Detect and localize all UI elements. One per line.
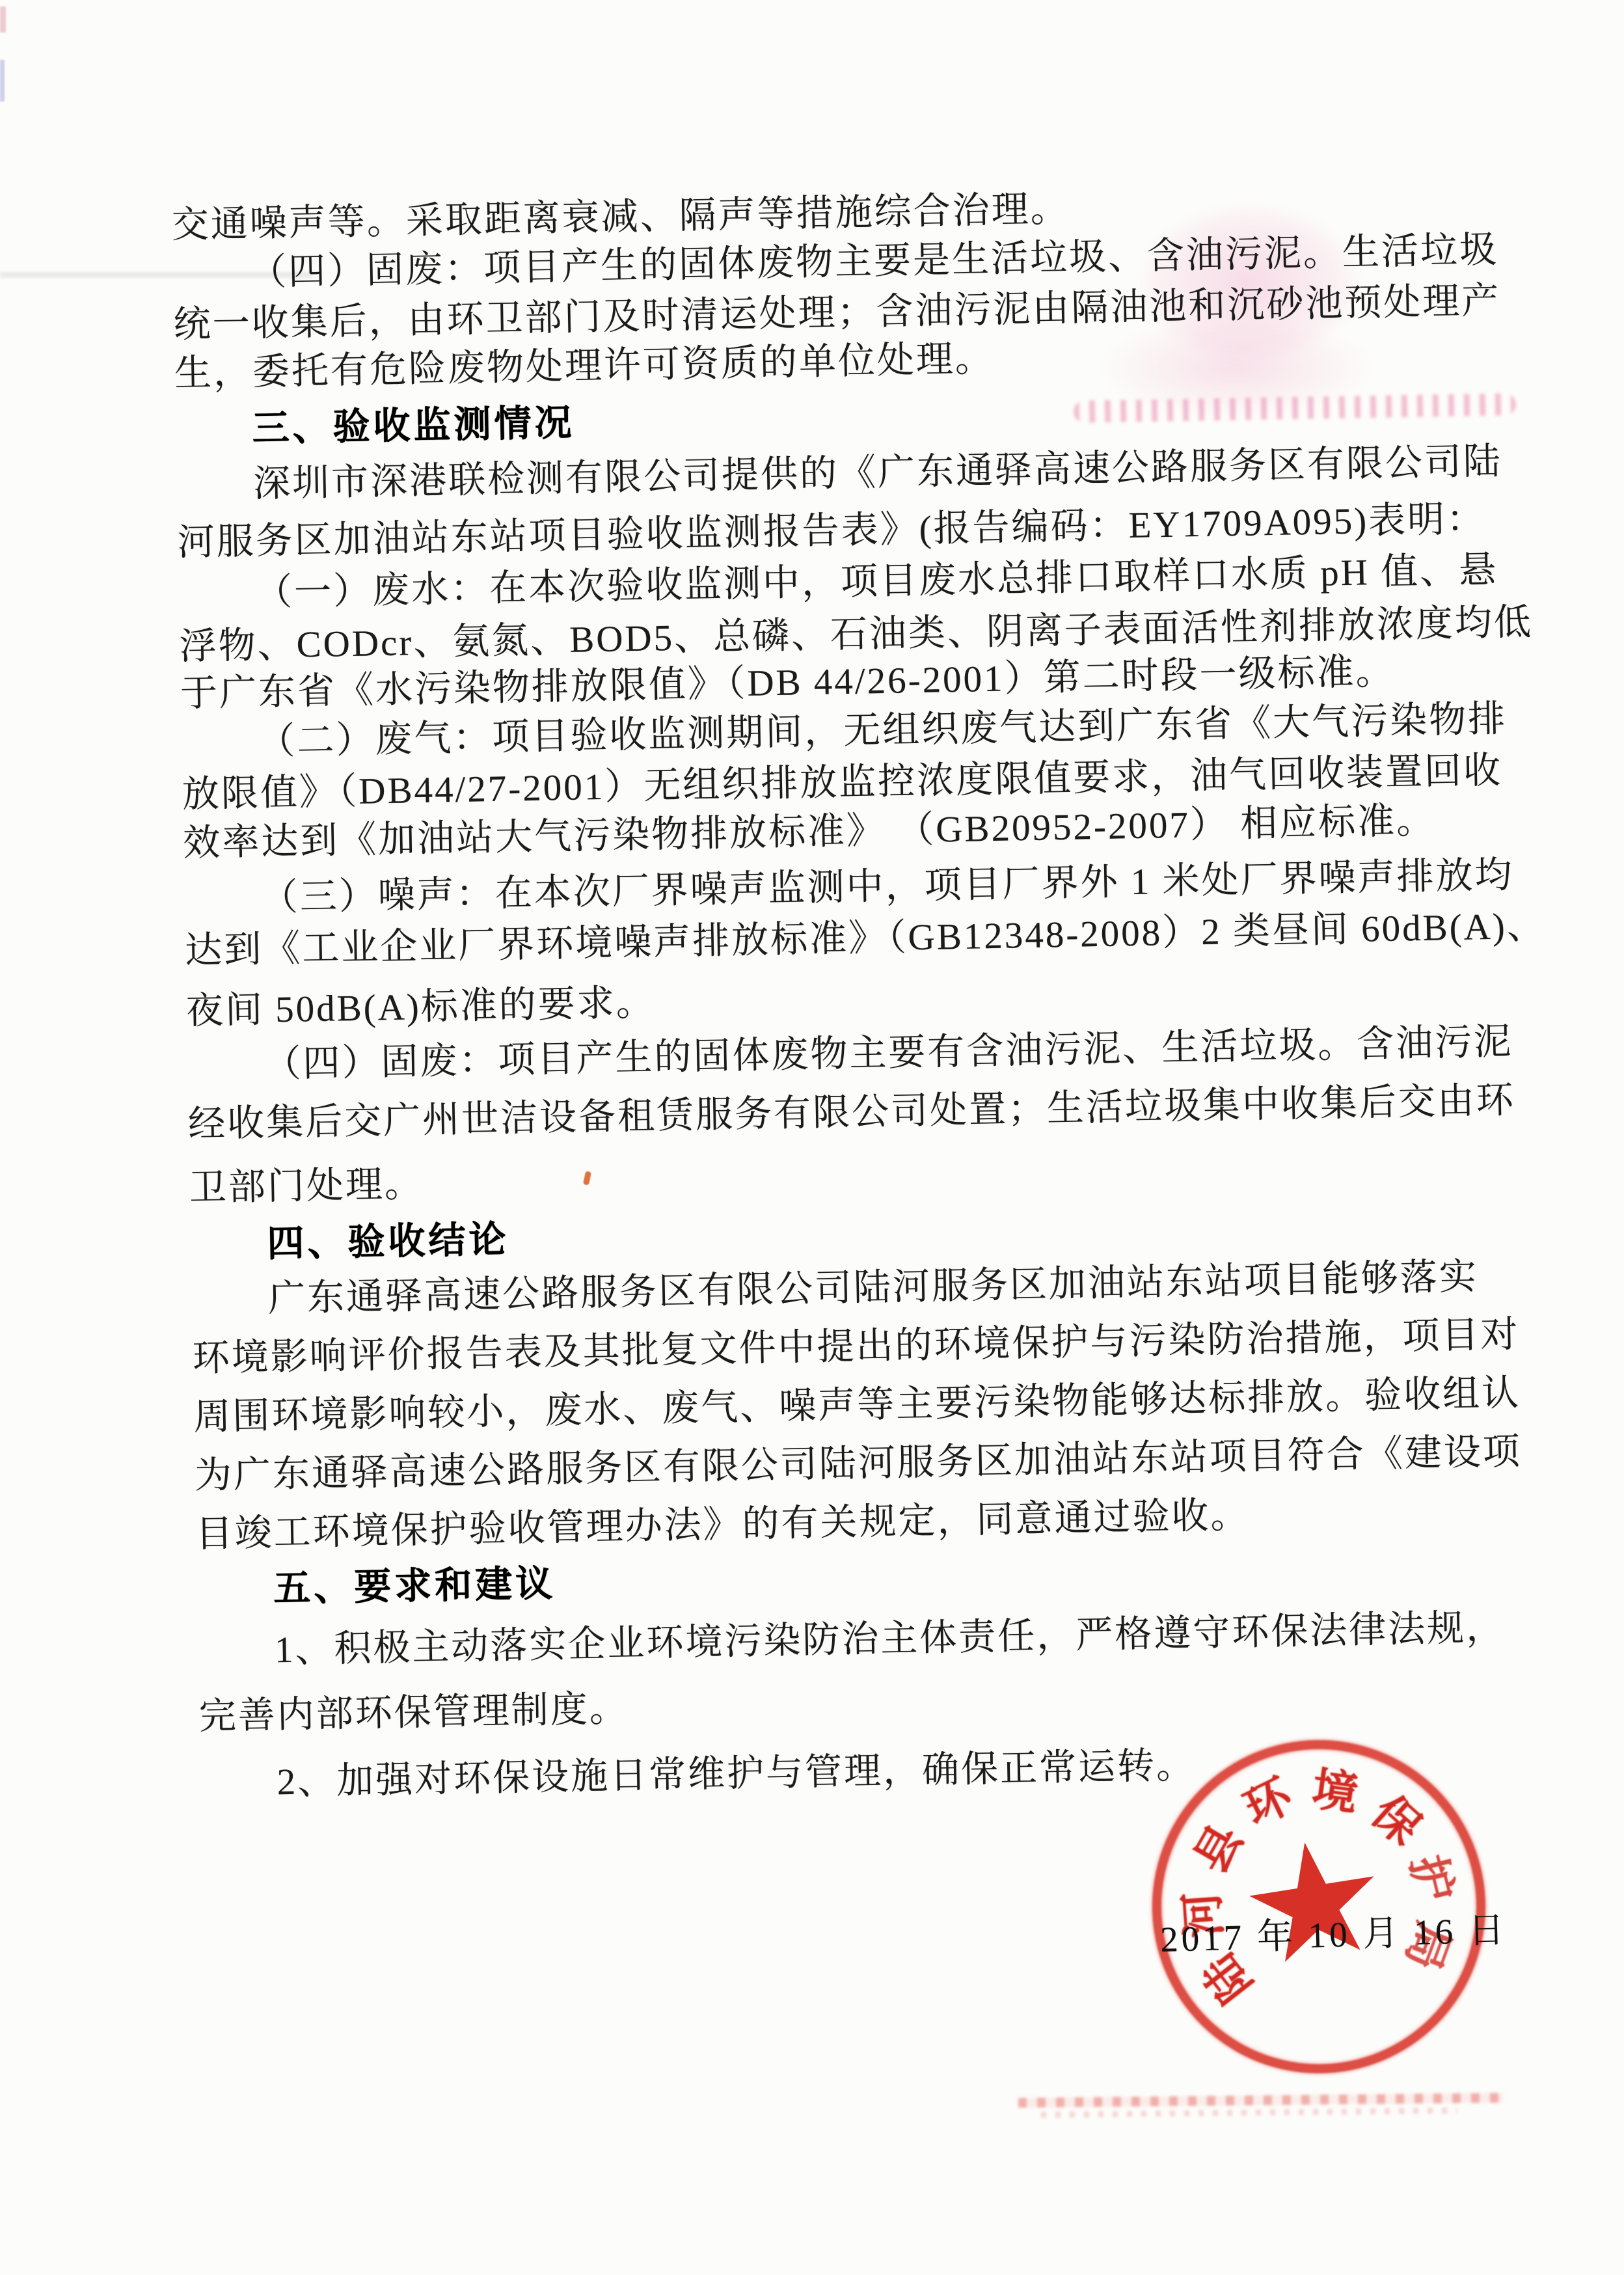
section-heading-conclusion: 四、验收结论 [267,1210,509,1268]
document-line: 1、积极主动落实企业环境污染防治主体责任，严格遵守环保法律法规， [274,1598,1506,1674]
section-heading-monitoring: 三、验收监测情况 [252,393,575,452]
document-line: 卫部门处理。 [189,1154,424,1212]
stamp-org-char: 境 [1308,1752,1362,1824]
issue-date: 2017 年 10 月 16 日 [1159,1901,1508,1962]
document-line: 夜间 50dB(A)标准的要求。 [185,973,655,1035]
document-line: 完善内部环保管理制度。 [198,1678,629,1739]
scanned-document-page: { "document": { "lines": [ {"text": "交通噪… [0,0,1624,2275]
section-heading-requirements: 五、要求和建议 [273,1553,556,1612]
document-line: 2、加强对环保设施日常维护与管理，确保正常运转。 [277,1736,1196,1806]
